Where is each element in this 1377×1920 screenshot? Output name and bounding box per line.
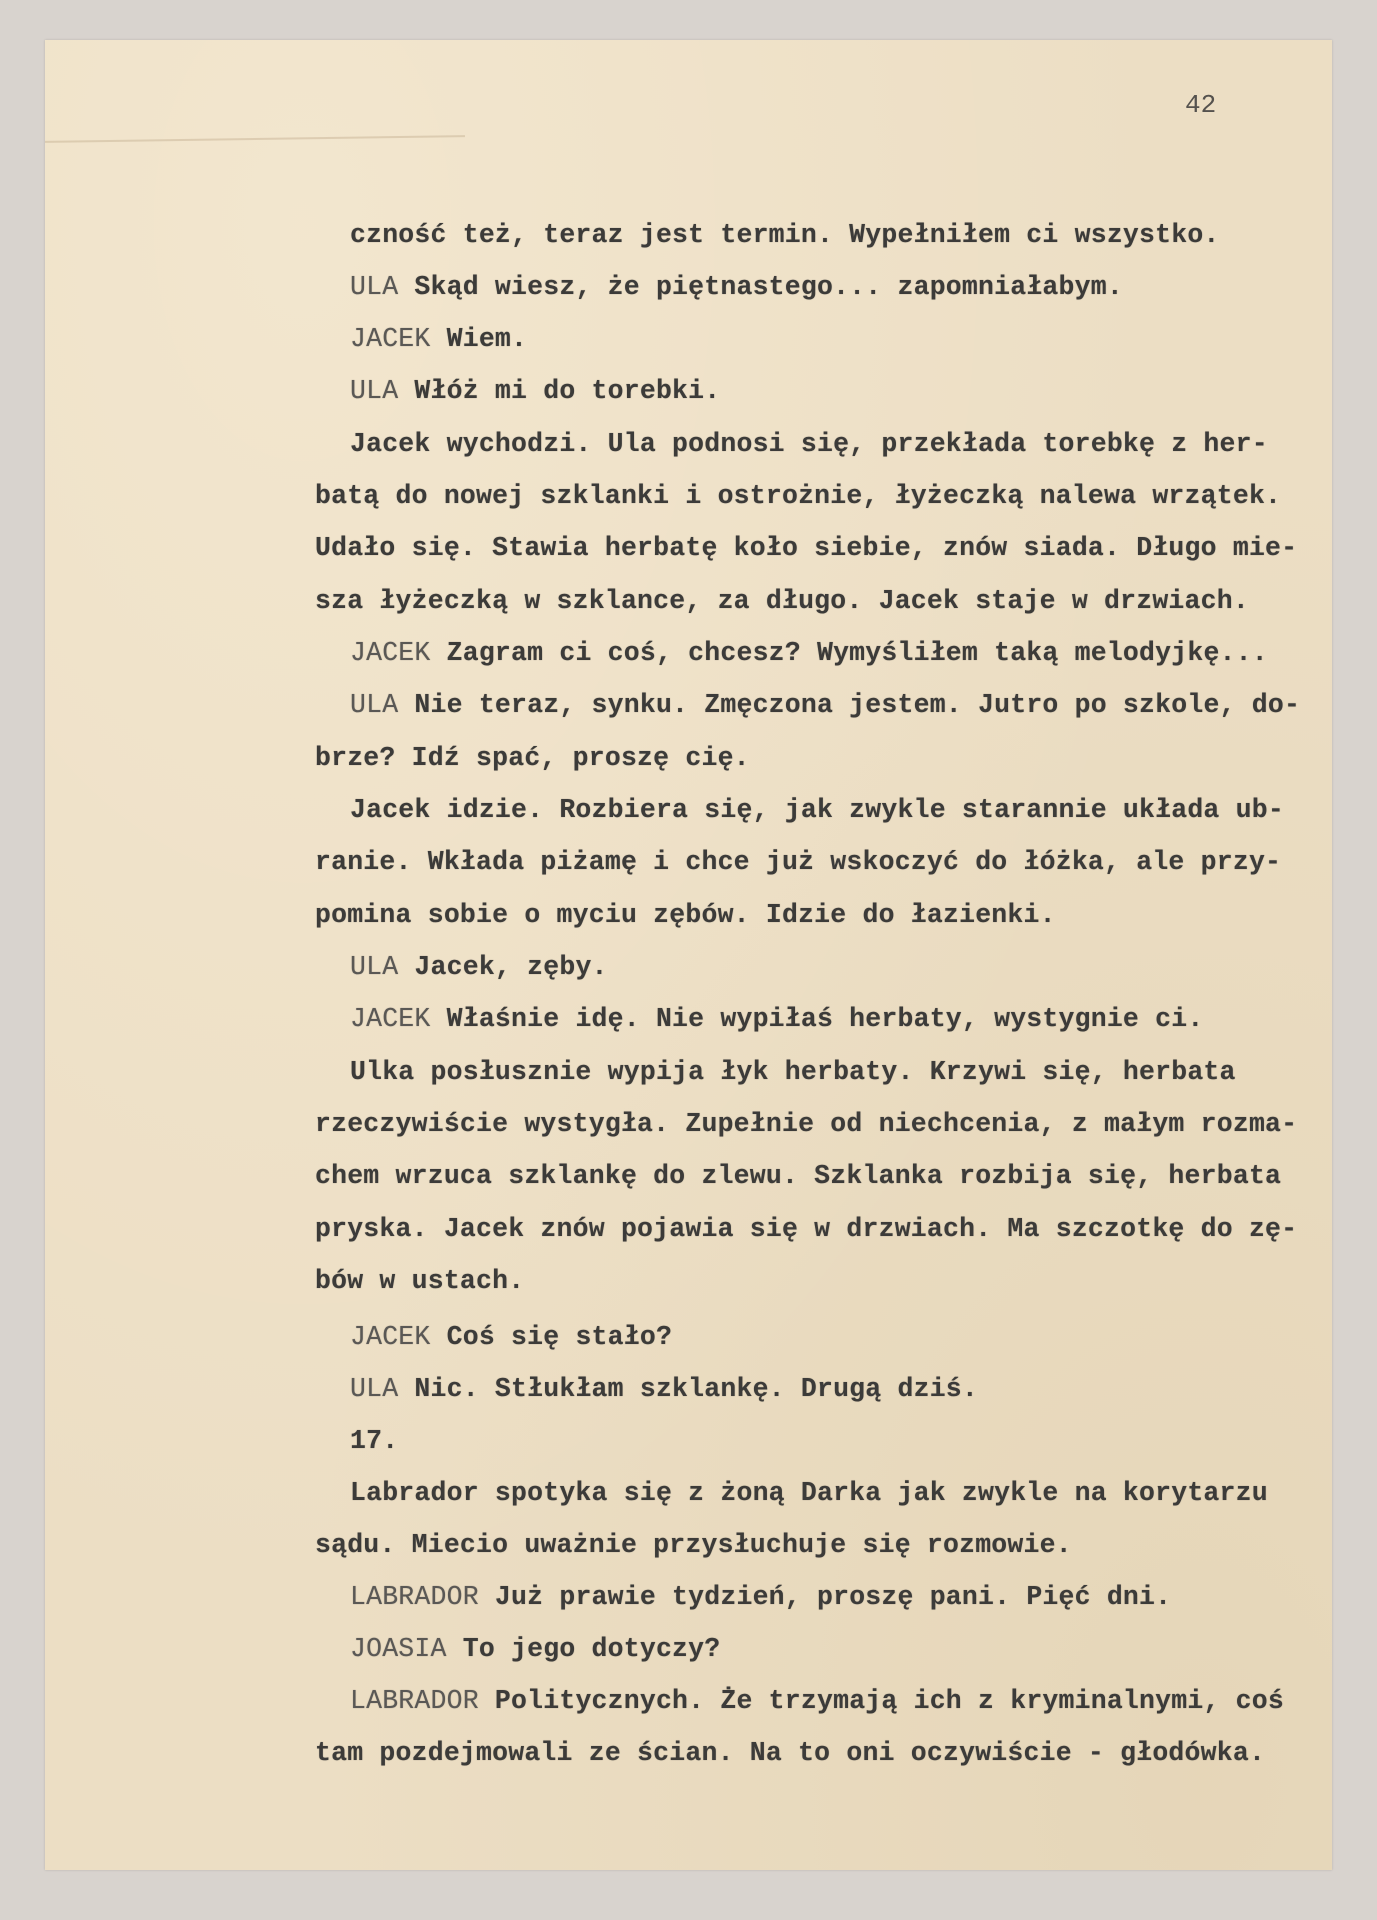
speaker-name: JACEK bbox=[350, 1322, 431, 1352]
script-line: JACEK Zagram ci coś, chcesz? Wymyśliłem … bbox=[350, 640, 1268, 667]
line-text: Wiem. bbox=[431, 324, 528, 354]
script-line: JACEK Wiem. bbox=[350, 326, 527, 353]
script-line: bów w ustach. bbox=[315, 1268, 524, 1295]
script-line: pomina sobie o myciu zębów. Idzie do łaz… bbox=[315, 902, 1056, 929]
script-line: Labrador spotyka się z żoną Darka jak zw… bbox=[350, 1480, 1268, 1507]
speaker-name: JOASIA bbox=[350, 1634, 447, 1664]
speaker-name: JACEK bbox=[350, 324, 431, 354]
script-line: Jacek wychodzi. Ula podnosi się, przekła… bbox=[350, 431, 1268, 458]
script-line: JACEK Coś się stało? bbox=[350, 1324, 672, 1351]
script-line: ULA Jacek, zęby. bbox=[350, 954, 608, 981]
speaker-name: ULA bbox=[350, 952, 398, 982]
line-text: bów w ustach. bbox=[315, 1266, 524, 1296]
script-line: ULA Nie teraz, synku. Zmęczona jestem. J… bbox=[350, 692, 1300, 719]
script-line: Ulka posłusznie wypija łyk herbaty. Krzy… bbox=[350, 1059, 1236, 1086]
script-line: pryska. Jacek znów pojawia się w drzwiac… bbox=[315, 1216, 1297, 1243]
script-line: JACEK Właśnie idę. Nie wypiłaś herbaty, … bbox=[350, 1006, 1203, 1033]
line-text: sza łyżeczką w szklance, za długo. Jacek… bbox=[315, 586, 1249, 616]
line-text: Ulka posłusznie wypija łyk herbaty. Krzy… bbox=[350, 1057, 1236, 1087]
speaker-name: LABRADOR bbox=[350, 1582, 479, 1612]
line-text: tam pozdejmowali ze ścian. Na to oni ocz… bbox=[315, 1738, 1265, 1768]
line-text: pryska. Jacek znów pojawia się w drzwiac… bbox=[315, 1214, 1297, 1244]
script-line: sądu. Miecio uważnie przysłuchuje się ro… bbox=[315, 1532, 1072, 1559]
line-text: ranie. Wkłada piżamę i chce już wskoczyć… bbox=[315, 847, 1281, 877]
script-line: tam pozdejmowali ze ścian. Na to oni ocz… bbox=[315, 1740, 1265, 1767]
speaker-name: LABRADOR bbox=[350, 1686, 479, 1716]
line-text: Politycznych. Że trzymają ich z kryminal… bbox=[479, 1686, 1284, 1716]
script-line: ULA Włóż mi do torebki. bbox=[350, 378, 720, 405]
script-line: Jacek idzie. Rozbiera się, jak zwykle st… bbox=[350, 797, 1284, 824]
line-text: Jacek idzie. Rozbiera się, jak zwykle st… bbox=[350, 795, 1284, 825]
line-text: To jego dotyczy? bbox=[447, 1634, 721, 1664]
line-text: Nie teraz, synku. Zmęczona jestem. Jutro… bbox=[398, 690, 1300, 720]
line-text: pomina sobie o myciu zębów. Idzie do łaz… bbox=[315, 900, 1056, 930]
script-line: ranie. Wkłada piżamę i chce już wskoczyć… bbox=[315, 849, 1281, 876]
line-text: chem wrzuca szklankę do zlewu. Szklanka … bbox=[315, 1161, 1281, 1191]
speaker-name: ULA bbox=[350, 690, 398, 720]
script-line: chem wrzuca szklankę do zlewu. Szklanka … bbox=[315, 1163, 1281, 1190]
line-text: Zagram ci coś, chcesz? Wymyśliłem taką m… bbox=[431, 638, 1268, 668]
script-line: LABRADOR Już prawie tydzień, proszę pani… bbox=[350, 1584, 1171, 1611]
line-text: brze? Idź spać, proszę cię. bbox=[315, 743, 750, 773]
line-text: batą do nowej szklanki i ostrożnie, łyże… bbox=[315, 481, 1281, 511]
script-line: JOASIA To jego dotyczy? bbox=[350, 1636, 720, 1663]
speaker-name: ULA bbox=[350, 376, 398, 406]
speaker-name: ULA bbox=[350, 1374, 398, 1404]
line-text: czność też, teraz jest termin. Wypełniłe… bbox=[350, 220, 1220, 250]
line-text: 17. bbox=[350, 1426, 398, 1456]
line-text: Nic. Stłukłam szklankę. Drugą dziś. bbox=[398, 1374, 978, 1404]
line-text: Jacek, zęby. bbox=[398, 952, 607, 982]
line-text: sądu. Miecio uważnie przysłuchuje się ro… bbox=[315, 1530, 1072, 1560]
line-text: Właśnie idę. Nie wypiłaś herbaty, wystyg… bbox=[431, 1004, 1204, 1034]
line-text: Już prawie tydzień, proszę pani. Pięć dn… bbox=[479, 1582, 1171, 1612]
line-text: rzeczywiście wystygła. Zupełnie od niech… bbox=[315, 1109, 1297, 1139]
script-line: rzeczywiście wystygła. Zupełnie od niech… bbox=[315, 1111, 1297, 1138]
section-number: 17. bbox=[350, 1428, 398, 1455]
line-text: Labrador spotyka się z żoną Darka jak zw… bbox=[350, 1478, 1268, 1508]
line-text: Coś się stało? bbox=[431, 1322, 673, 1352]
line-text: Jacek wychodzi. Ula podnosi się, przekła… bbox=[350, 429, 1268, 459]
script-line: brze? Idź spać, proszę cię. bbox=[315, 745, 750, 772]
line-text: Skąd wiesz, że piętnastego... zapomniała… bbox=[398, 272, 1123, 302]
script-line: LABRADOR Politycznych. Że trzymają ich z… bbox=[350, 1688, 1284, 1715]
page-number: 42 bbox=[1185, 92, 1216, 118]
speaker-name: ULA bbox=[350, 272, 398, 302]
script-line: batą do nowej szklanki i ostrożnie, łyże… bbox=[315, 483, 1281, 510]
speaker-name: JACEK bbox=[350, 638, 431, 668]
line-text: Włóż mi do torebki. bbox=[398, 376, 720, 406]
script-line: ULA Nic. Stłukłam szklankę. Drugą dziś. bbox=[350, 1376, 978, 1403]
script-line: ULA Skąd wiesz, że piętnastego... zapomn… bbox=[350, 274, 1123, 301]
script-line: Udało się. Stawia herbatę koło siebie, z… bbox=[315, 535, 1297, 562]
speaker-name: JACEK bbox=[350, 1004, 431, 1034]
script-line: czność też, teraz jest termin. Wypełniłe… bbox=[350, 222, 1220, 249]
line-text: Udało się. Stawia herbatę koło siebie, z… bbox=[315, 533, 1297, 563]
script-line: sza łyżeczką w szklance, za długo. Jacek… bbox=[315, 588, 1249, 615]
